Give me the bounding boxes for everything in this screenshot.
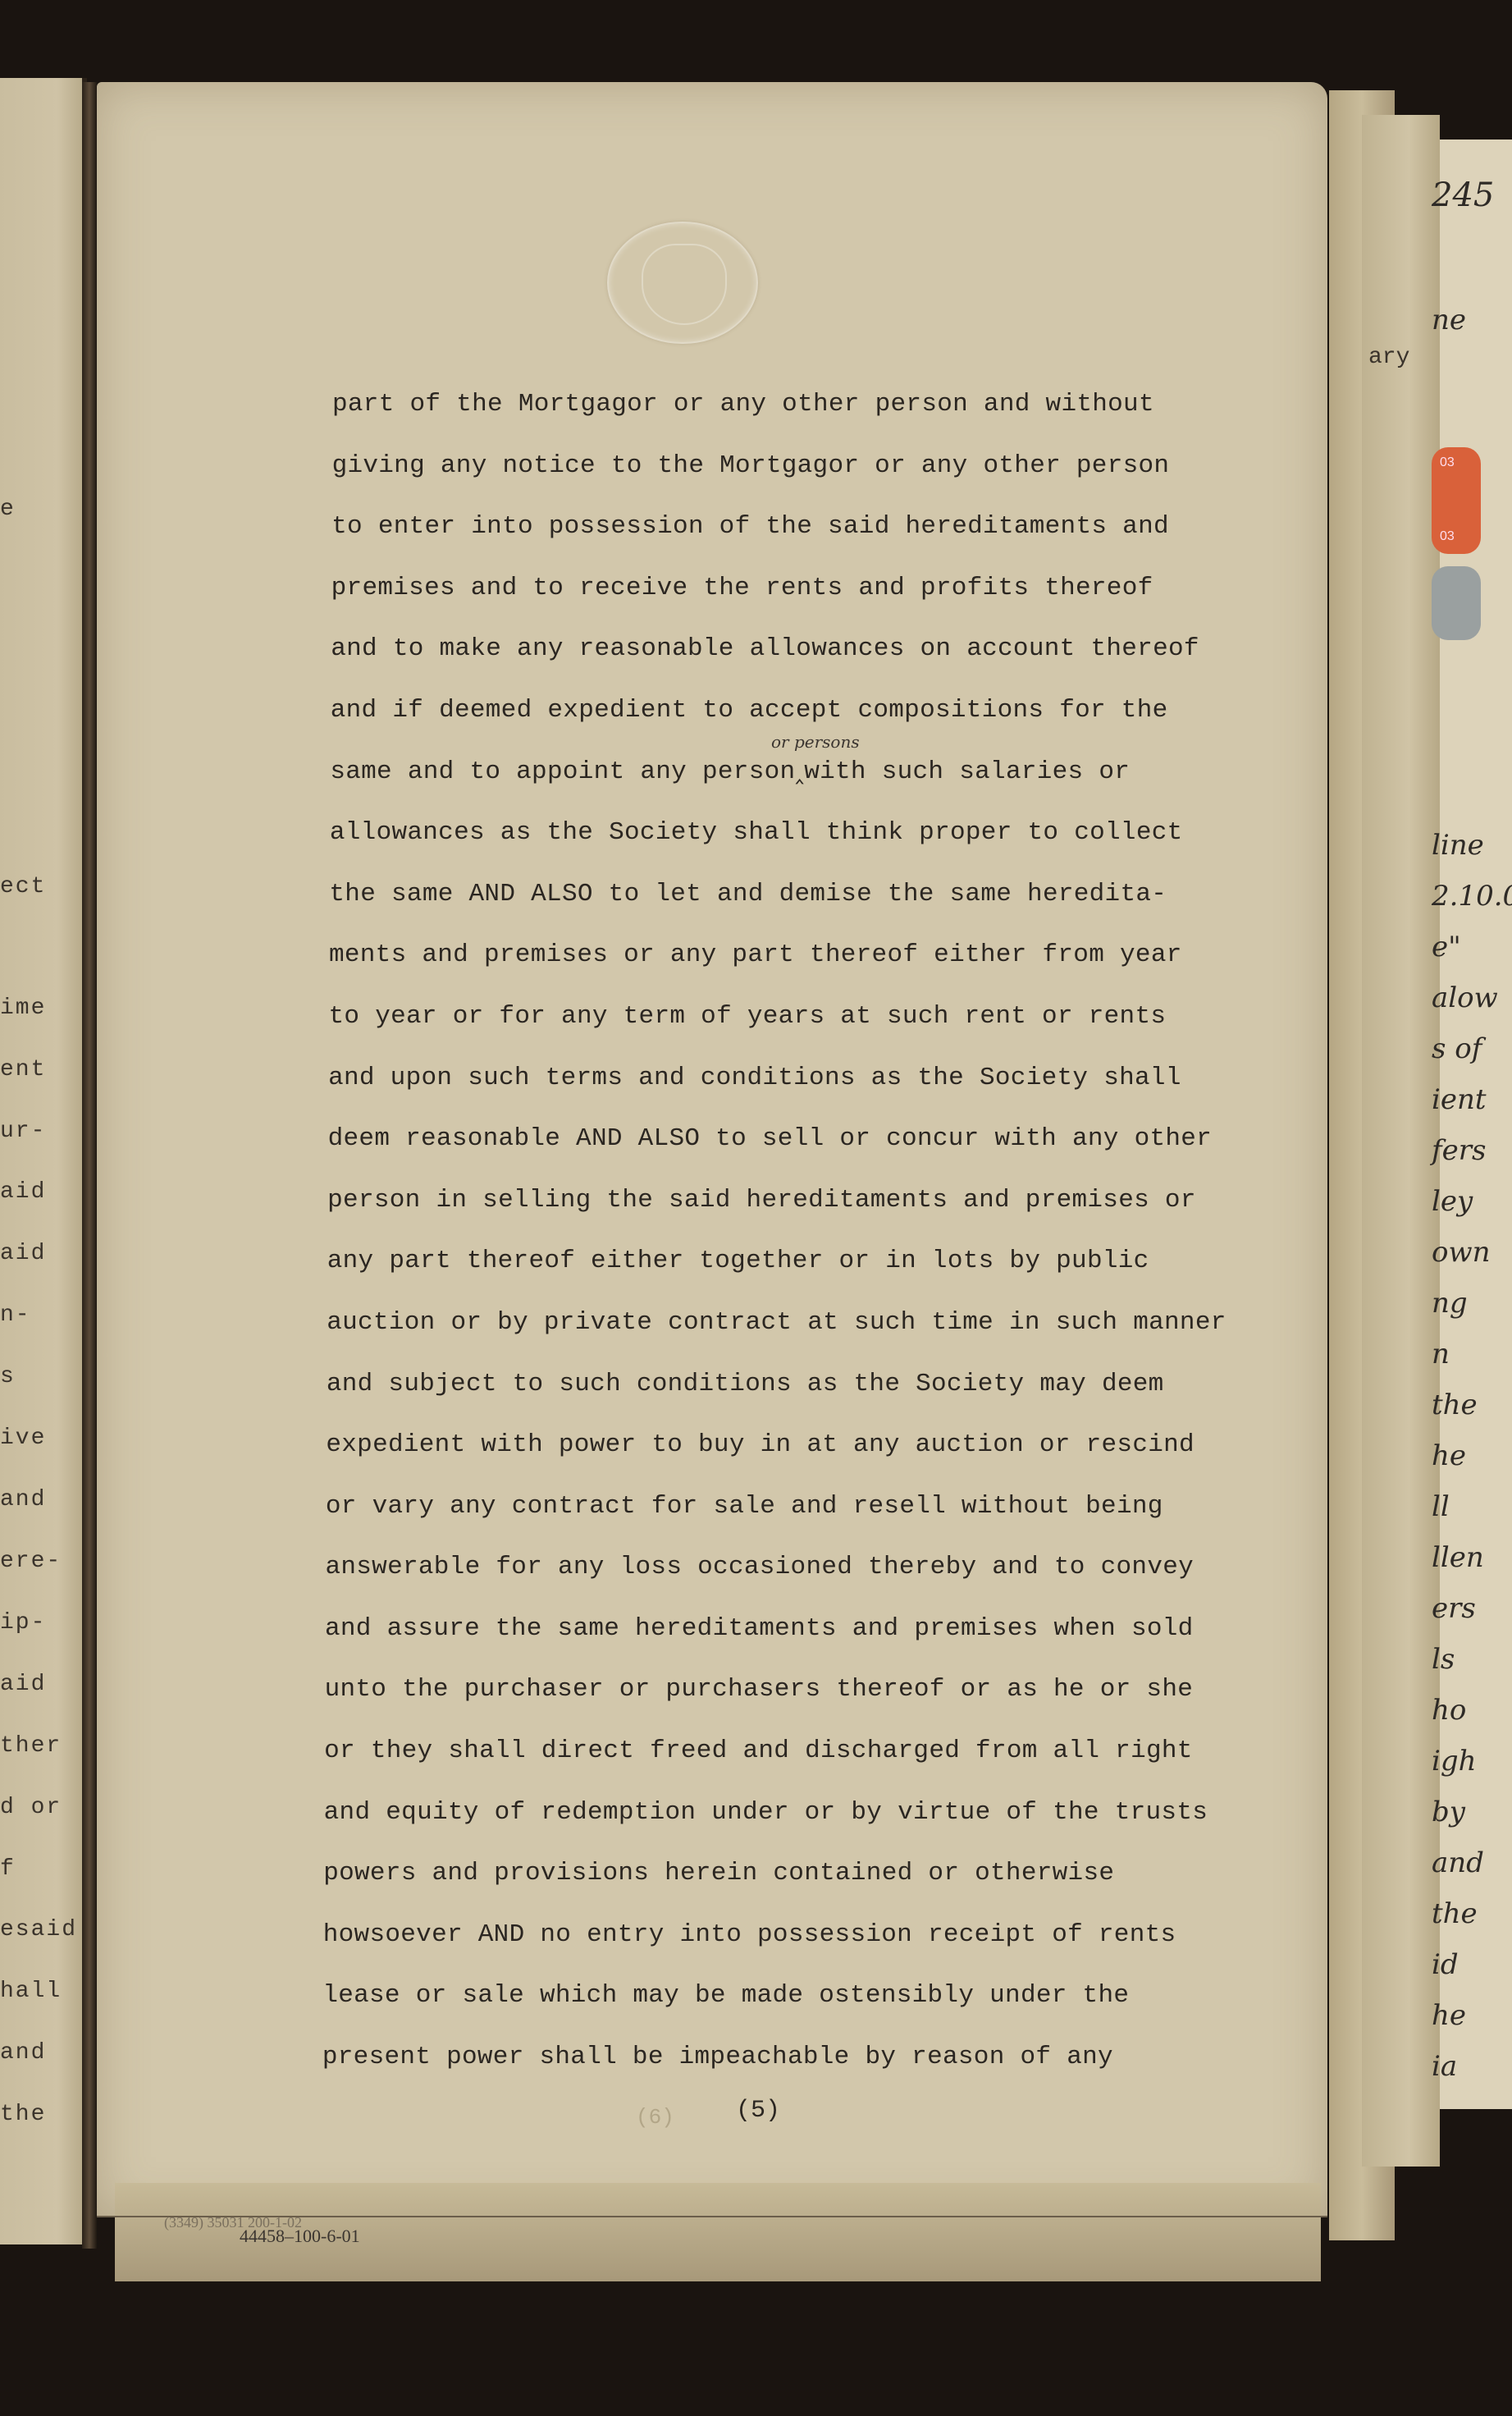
left-facing-page: eectimeentur-aidaidn-siveandere-ip-aidth… — [0, 78, 87, 2244]
text-line: and upon such terms and conditions as th… — [328, 1048, 1317, 1110]
text-line: answerable for any loss occasioned there… — [325, 1537, 1317, 1599]
text-line: present power shall be impeachable by re… — [322, 2027, 1317, 2089]
handwriting-fragment: ley — [1432, 1185, 1473, 1218]
text-line: and if deemed expedient to accept compos… — [331, 680, 1317, 742]
left-page-fragment: ur- — [0, 1119, 46, 1144]
document-body: part of the Mortgagor or any other perso… — [332, 374, 1317, 2089]
left-page-fragment: ive — [0, 1425, 46, 1451]
left-page-fragment: ther — [0, 1733, 62, 1759]
text-line: same and to appoint any person‸with such… — [330, 742, 1317, 803]
text-line: to year or for any term of years at such… — [329, 986, 1318, 1048]
text-line: unto the purchaser or purchasers thereof… — [325, 1659, 1317, 1721]
embossed-royal-arms-icon — [607, 222, 758, 344]
handwriting-fragment: the — [1432, 1897, 1478, 1930]
text-line: lease or sale which may be made ostensib… — [322, 1965, 1317, 2027]
text-line: or vary any contract for sale and resell… — [326, 1476, 1317, 1538]
text-line: and equity of redemption under or by vir… — [324, 1782, 1317, 1844]
left-page-fragment: and — [0, 1487, 46, 1512]
handwriting-fragment: e" — [1432, 931, 1461, 963]
text-line: ments and premises or any part thereof e… — [329, 925, 1317, 986]
ghost-page-number: (6) — [636, 2105, 674, 2130]
left-page-fragment: ime — [0, 995, 46, 1021]
text-line: auction or by private contract at such t… — [327, 1293, 1317, 1354]
left-page-fragment: the — [0, 2102, 46, 2127]
handwriting-fragment: by — [1432, 1796, 1465, 1828]
handwriting-fragment: ls — [1432, 1643, 1455, 1676]
emblem-shield-icon — [642, 244, 727, 325]
folio-number: 245 — [1432, 176, 1494, 214]
text-line: person in selling the said hereditaments… — [327, 1170, 1317, 1232]
handwriting-fragment: alow — [1432, 981, 1498, 1014]
left-page-fragment: ent — [0, 1057, 46, 1082]
left-page-fragment: e — [0, 496, 16, 522]
handwriting-fragment: ia — [1432, 2050, 1457, 2083]
right-underlying-strip — [1362, 115, 1440, 2167]
text-line: any part thereof either together or in l… — [327, 1231, 1317, 1293]
handwriting-fragment: ll — [1432, 1490, 1450, 1523]
text-line: deem reasonable AND ALSO to sell or conc… — [328, 1109, 1317, 1170]
text-line: and subject to such conditions as the So… — [327, 1354, 1317, 1416]
handwriting-fragment: he — [1432, 1439, 1466, 1472]
left-page-fragment: s — [0, 1364, 16, 1389]
handwriting-fragment: ient — [1432, 1083, 1487, 1116]
stamp-text-top: 03 — [1440, 455, 1455, 470]
handwriting-fragment: the — [1432, 1389, 1478, 1421]
handwriting-fragment: line — [1432, 829, 1484, 862]
left-page-fragment: aid — [0, 1241, 46, 1266]
strip-text-fragment: ary — [1368, 345, 1409, 370]
text-line: and to make any reasonable allowances on… — [331, 619, 1317, 680]
left-page-fragment: f — [0, 1856, 16, 1882]
handwriting-fragment: he — [1432, 1999, 1466, 2032]
text-line: allowances as the Society shall think pr… — [330, 803, 1317, 864]
left-page-fragment: n- — [0, 1302, 31, 1328]
handwriting-fragment: own — [1432, 1236, 1490, 1269]
left-page-fragment: aid — [0, 1179, 46, 1205]
left-page-fragment: esaid — [0, 1917, 77, 1942]
left-page-fragment: hall — [0, 1979, 62, 2004]
text-line: powers and provisions herein contained o… — [323, 1843, 1317, 1905]
book-spine — [82, 82, 97, 2249]
text-line: to enter into possession of the said her… — [331, 496, 1317, 558]
left-page-fragment: d or — [0, 1795, 62, 1820]
left-page-fragment: and — [0, 2040, 46, 2066]
handwriting-fragment: igh — [1432, 1745, 1477, 1778]
handwriting-fragment: fers — [1432, 1134, 1486, 1167]
text-line: premises and to receive the rents and pr… — [331, 558, 1317, 620]
stamp-text-bottom: 03 — [1440, 529, 1455, 544]
left-page-fragment: ere- — [0, 1549, 62, 1574]
text-line: howsoever AND no entry into possession r… — [323, 1905, 1317, 1966]
text-line: expedient with power to buy in at any au… — [326, 1415, 1317, 1476]
left-page-fragment: ip- — [0, 1610, 46, 1636]
left-page-fragment: aid — [0, 1672, 46, 1697]
handwriting-fragment: s of — [1432, 1032, 1482, 1065]
handwriting-fragment: ng — [1432, 1287, 1468, 1320]
left-page-fragment: ect — [0, 874, 46, 899]
handwriting-fragment: ers — [1432, 1592, 1476, 1625]
text-line: or they shall direct freed and discharge… — [324, 1721, 1317, 1782]
handwriting-fragment: and — [1432, 1846, 1484, 1879]
red-revenue-stamp-icon — [1432, 447, 1481, 554]
grey-stamp-icon — [1432, 566, 1481, 640]
text-line: part of the Mortgagor or any other perso… — [332, 374, 1317, 436]
handwriting-fragment: ne — [1432, 304, 1466, 336]
handwriting-fragment: ho — [1432, 1694, 1466, 1727]
handwriting-fragment: 2.10.0 — [1432, 880, 1512, 913]
text-line: and assure the same hereditaments and pr… — [325, 1599, 1317, 1660]
form-code: 44458–100-6-01 — [240, 2226, 360, 2247]
text-line: giving any notice to the Mortgagor or an… — [332, 436, 1317, 497]
handwriting-fragment: llen — [1432, 1541, 1484, 1574]
handwriting-fragment: id — [1432, 1948, 1459, 1981]
handwriting-fragment: n — [1432, 1338, 1450, 1370]
text-line: the same AND ALSO to let and demise the … — [329, 864, 1317, 926]
page-number: (5) — [736, 2097, 780, 2125]
